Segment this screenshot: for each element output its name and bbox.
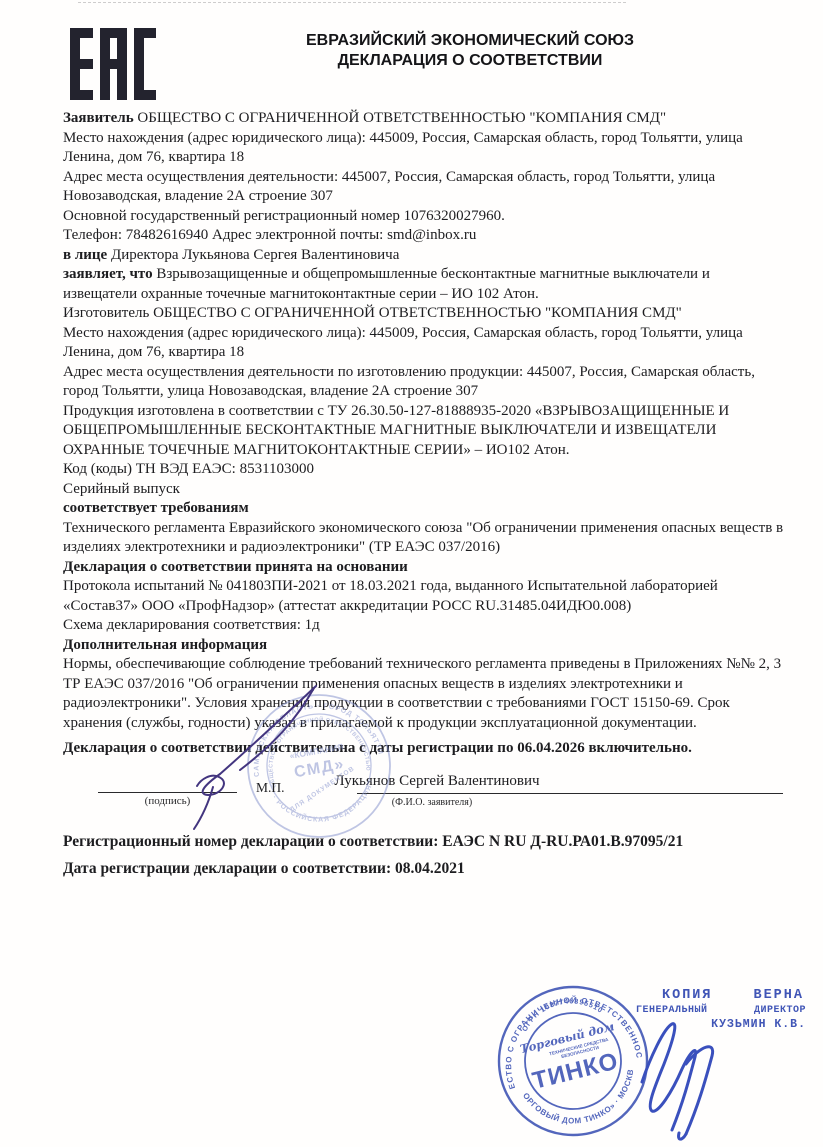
declares-line: заявляет, что Взрывозащищенные и общепро…: [63, 265, 787, 304]
protocol-line: Протокола испытаний № 041803ПИ-2021 от 1…: [63, 577, 787, 616]
manufacturer-line: Изготовитель ОБЩЕСТВО С ОГРАНИЧЕННОЙ ОТВ…: [63, 304, 787, 324]
union-title: ЕВРАЗИЙСКИЙ ЭКОНОМИЧЕСКИЙ СОЮЗ: [238, 31, 702, 51]
registration-number-line: Регистрационный номер декларации о соотв…: [63, 833, 787, 851]
conforms-heading: соответствует требованиям: [63, 499, 787, 519]
manufacturer-production-address: Адрес места осуществления деятельности п…: [63, 363, 787, 402]
applicant-contacts: Телефон: 78482616940 Адрес электронной п…: [63, 226, 787, 246]
regulation-line: Технического регламента Евразийского эко…: [63, 519, 787, 558]
eac-logo: [70, 28, 156, 100]
verna-word: ВЕРНА: [753, 988, 804, 1003]
applicant-label: Заявитель: [63, 110, 134, 126]
applicant-person: в лице Директора Лукьянова Сергея Валент…: [63, 246, 787, 266]
fullname-line: [357, 793, 783, 794]
applicant-line: Заявитель ОБЩЕСТВО С ОГРАНИЧЕННОЙ ОТВЕТС…: [63, 109, 787, 129]
tnved-code-line: Код (коды) ТН ВЭД ЕАЭС: 8531103000: [63, 460, 787, 480]
basis-heading: Декларация о соответствии принята на осн…: [63, 558, 787, 578]
applicant-ogrn: Основной государственный регистрационный…: [63, 207, 787, 227]
registration-date-line: Дата регистрации декларации о соответств…: [63, 860, 787, 878]
director-word: ДИРЕКТОР: [754, 1005, 806, 1016]
document-body: Заявитель ОБЩЕСТВО С ОГРАНИЧЕННОЙ ОТВЕТС…: [63, 109, 787, 733]
serial-issue-line: Серийный выпуск: [63, 480, 787, 500]
document-title: ДЕКЛАРАЦИЯ О СООТВЕТСТВИИ: [238, 51, 702, 71]
manufacturer-legal-address: Место нахождения (адрес юридического лиц…: [63, 324, 787, 363]
applicant-signature: [168, 680, 328, 835]
tu-line: Продукция изготовлена в соответствии с Т…: [63, 402, 787, 461]
copy-word: КОПИЯ: [662, 988, 713, 1003]
scheme-line: Схема декларирования соответствия: 1д: [63, 616, 787, 636]
kuzmin-signature: [628, 1012, 748, 1142]
additional-info-heading: Дополнительная информация: [63, 636, 787, 656]
applicant-activity-address: Адрес места осуществления деятельности: …: [63, 168, 787, 207]
applicant-legal-address: Место нахождения (адрес юридического лиц…: [63, 129, 787, 168]
scan-edge-artifact: [78, 2, 626, 3]
document-header: ЕВРАЗИЙСКИЙ ЭКОНОМИЧЕСКИЙ СОЮЗ ДЕКЛАРАЦИ…: [238, 31, 702, 71]
person-label: в лице: [63, 247, 107, 263]
declaration-of-conformity-document: ЕВРАЗИЙСКИЙ ЭКОНОМИЧЕСКИЙ СОЮЗ ДЕКЛАРАЦИ…: [0, 0, 823, 1147]
declares-label: заявляет, что: [63, 266, 153, 282]
